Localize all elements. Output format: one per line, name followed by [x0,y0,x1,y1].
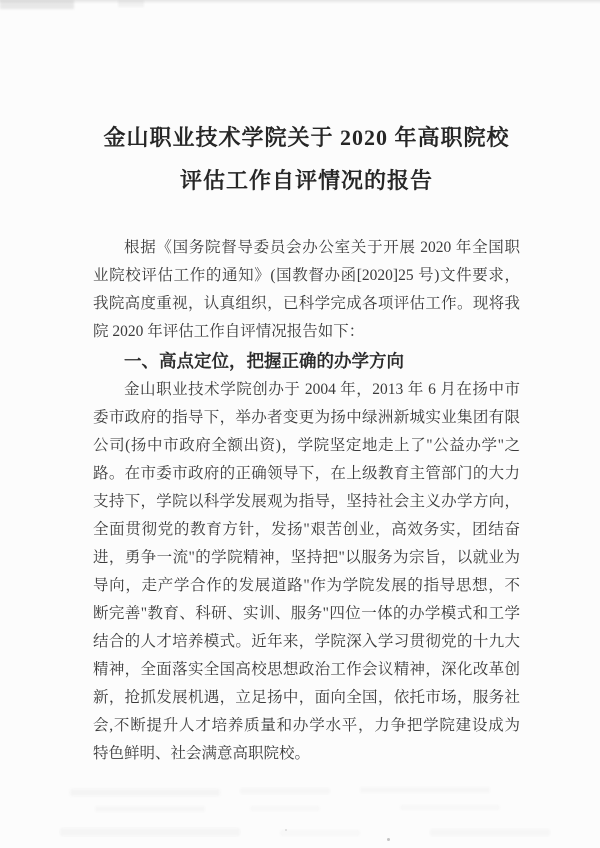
text-line: 断完善"教育、科研、实训、服务"四位一体的办学模式和工学 [93,600,520,628]
text-line: 路。在市委市政府的正确领导下，在上级教育主管部门的大力 [93,460,520,488]
scan-bleedthrough [430,829,550,836]
text-line: 特色鲜明、社会满意高职院校。 [93,740,520,768]
scan-corner-smudge [0,0,74,9]
scan-bleedthrough [400,805,500,810]
scan-bleedthrough [240,788,330,794]
scan-bleedthrough [95,806,205,812]
scan-bleedthrough [60,828,240,836]
section-heading: 一、高点定位，把握正确的办学方向 [93,347,520,375]
scan-bleedthrough [280,830,360,836]
paragraph-2: 金山职业技术学院创办于 2004 年，2013 年 6 月在扬中市 委市政府的指… [93,376,520,768]
scan-bleedthrough [250,806,320,811]
paragraph-1: 根据《国务院督导委员会办公室关于开展 2020 年全国职 业院校评估工作的通知》… [93,234,520,346]
report-title-line-1: 金山职业技术学院关于 2020 年高职院校 [93,116,520,159]
text-line: 支持下，学院以科学发展观为指导，坚持社会主义办学方向， [93,488,520,516]
text-line: 进，勇争一流"的学院精神，坚持把"以服务为宗旨，以就业为 [93,544,520,572]
text-line: 根据《国务院督导委员会办公室关于开展 2020 年全国职 [93,234,520,262]
text-line: 金山职业技术学院创办于 2004 年，2013 年 6 月在扬中市 [93,376,520,404]
text-line: 委市政府的指导下，举办者变更为扬中绿洲新城实业集团有限 [93,404,520,432]
scan-speck [285,829,287,831]
text-line: 全面贯彻党的教育方针，发扬"艰苦创业，高效务实，团结奋 [93,516,520,544]
scanned-report-page: 金山职业技术学院关于 2020 年高职院校 评估工作自评情况的报告 根据《国务院… [0,0,600,848]
scan-edge-notch [118,0,144,7]
text-line: 业院校评估工作的通知》(国教督办函[2020]25 号)文件要求， [93,262,520,290]
scan-edge-shading [0,0,600,4]
scan-bleedthrough [70,789,220,796]
text-line: 导向，走产学合作的发展道路"作为学院发展的指导思想，不 [93,572,520,600]
report-title-line-2: 评估工作自评情况的报告 [93,159,520,202]
report-title: 金山职业技术学院关于 2020 年高职院校 评估工作自评情况的报告 [93,116,520,202]
text-line: 我院高度重视，认真组织，已科学完成各项评估工作。现将我 [93,290,520,318]
text-line: 精神，全面落实全国高校思想政治工作会议精神，深化改革创 [93,656,520,684]
text-line: 新，抢抓发展机遇，立足扬中，面向全国，依托市场，服务社 [93,684,520,712]
text-line: 会,不断提升人才培养质量和办学水平，力争把学院建设成为 [93,712,520,740]
text-line: 公司(扬中市政府全额出资)，学院坚定地走上了"公益办学"之 [93,432,520,460]
text-line: 结合的人才培养模式。近年来，学院深入学习贯彻党的十九大 [93,628,520,656]
text-line: 院 2020 年评估工作自评情况报告如下： [93,318,520,346]
scan-speck [387,838,390,841]
scan-bleedthrough [360,787,490,793]
